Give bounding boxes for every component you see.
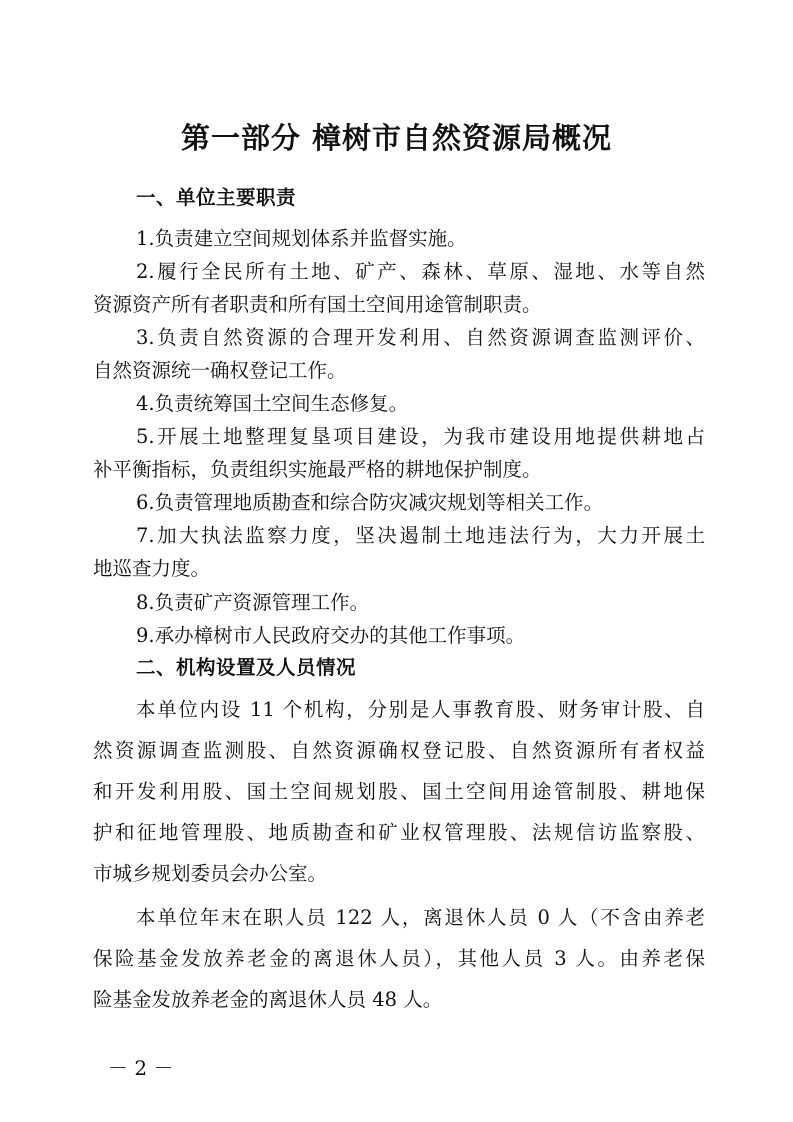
duty-item-3: 3.负责自然资源的合理开发利用、自然资源调查监测评价、 <box>136 322 705 350</box>
duty-item-9: 9.承办樟树市人民政府交办的其他工作事项。 <box>136 620 705 648</box>
duty-item-1: 1.负责建立空间规划体系并监督实施。 <box>136 223 705 251</box>
section-heading-organization: 二、机构设置及人员情况 <box>136 652 356 680</box>
org-paragraph-line-4: 护和征地管理股、地质勘查和矿业权管理股、法规信访监察股、 <box>93 817 705 845</box>
duty-item-2-cont: 资源资产所有者职责和所有国土空间用途管制职责。 <box>93 289 705 317</box>
page-number: － 2 － <box>108 1052 173 1081</box>
staff-paragraph-line-3: 险基金发放养老金的离退休人员 48 人。 <box>93 984 705 1012</box>
org-paragraph-line-1: 本单位内设 11 个机构，分别是人事教育股、财务审计股、自 <box>136 694 705 722</box>
org-paragraph-line-3: 和开发利用股、国土空间规划股、国土空间用途管制股、耕地保 <box>93 776 705 804</box>
duty-item-7: 7.加大执法监察力度，坚决遏制土地违法行为，大力开展土 <box>136 520 705 548</box>
duty-item-5-cont: 补平衡指标，负责组织实施最严格的耕地保护制度。 <box>93 454 705 482</box>
page-title: 第一部分 樟树市自然资源局概况 <box>0 116 793 157</box>
org-paragraph-line-2: 然资源调查监测股、自然资源确权登记股、自然资源所有者权益 <box>93 735 705 763</box>
duty-item-2: 2.履行全民所有土地、矿产、森林、草原、湿地、水等自然 <box>136 256 705 284</box>
duty-item-5: 5.开展土地整理复垦项目建设，为我市建设用地提供耕地占 <box>136 421 705 449</box>
org-paragraph-line-5: 市城乡规划委员会办公室。 <box>93 858 705 886</box>
duty-item-6: 6.负责管理地质勘查和综合防灾减灾规划等相关工作。 <box>136 487 705 515</box>
duty-item-4: 4.负责统筹国土空间生态修复。 <box>136 388 705 416</box>
staff-paragraph-line-2: 保险基金发放养老金的离退休人员），其他人员 3 人。由养老保 <box>93 943 705 971</box>
duty-item-3-cont: 自然资源统一确权登记工作。 <box>93 355 705 383</box>
duty-item-7-cont: 地巡查力度。 <box>93 553 705 581</box>
document-page: 第一部分 樟树市自然资源局概况 一、单位主要职责 1.负责建立空间规划体系并监督… <box>0 0 793 1122</box>
duty-item-8: 8.负责矿产资源管理工作。 <box>136 587 705 615</box>
staff-paragraph-line-1: 本单位年末在职人员 122 人，离退休人员 0 人（不含由养老 <box>136 902 705 930</box>
section-heading-duties: 一、单位主要职责 <box>136 182 296 210</box>
